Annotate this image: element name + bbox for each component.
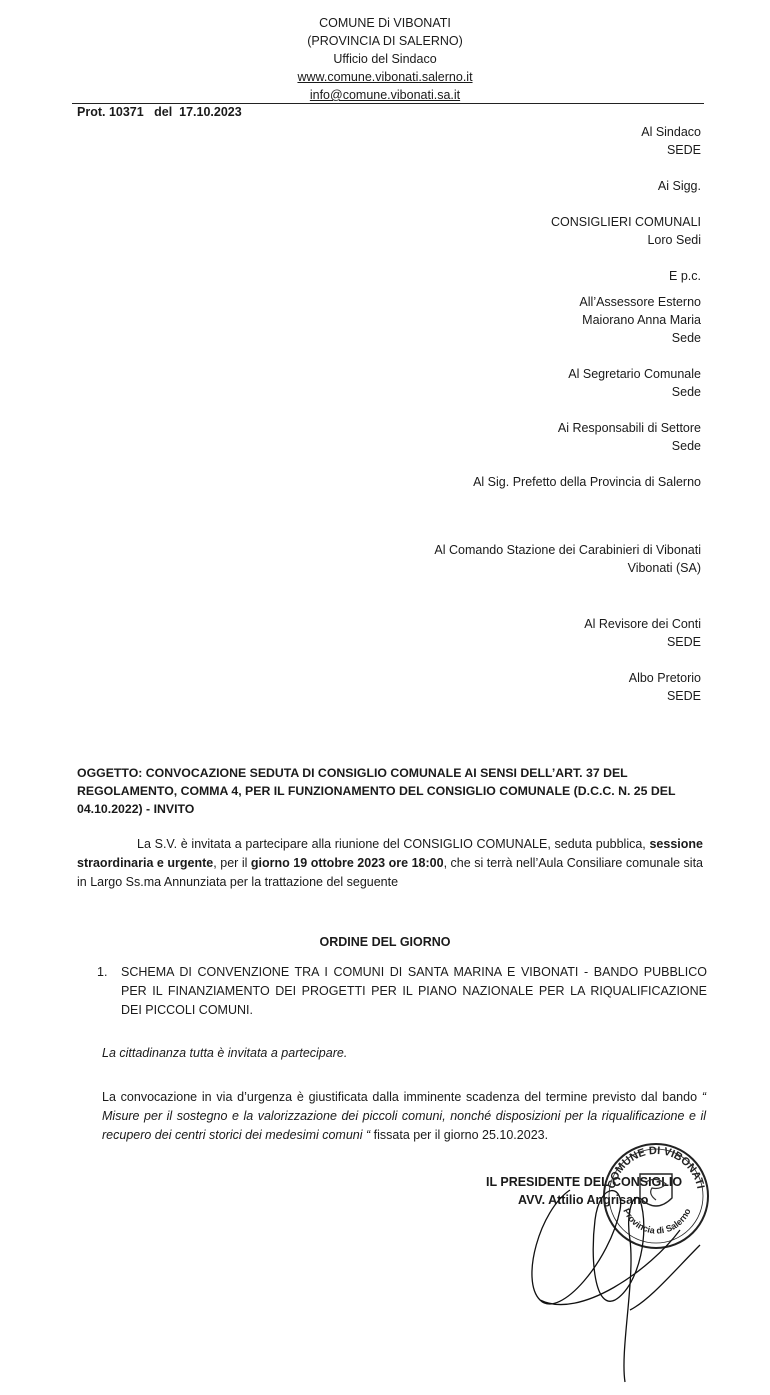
recipient-block: All’Assessore EsternoMaiorano Anna Maria… xyxy=(434,293,701,347)
public-invite-note: La cittadinanza tutta è invitata a parte… xyxy=(102,1046,347,1060)
agenda-item: 1. SCHEMA DI CONVENZIONE TRA I COMUNI DI… xyxy=(97,963,707,1020)
recipient-block: Al Revisore dei ContiSEDE xyxy=(434,615,701,651)
recipient-line: All’Assessore Esterno xyxy=(434,293,701,311)
recipient-block: Ai Responsabili di SettoreSede xyxy=(434,419,701,455)
recipient-block: Albo PretorioSEDE xyxy=(434,669,701,705)
body-text: La convocazione in via d’urgenza è giust… xyxy=(102,1090,702,1104)
convocation-paragraph: La S.V. è invitata a partecipare alla ri… xyxy=(77,835,703,892)
recipients-list: Al SindacoSEDEAi Sigg.CONSIGLIERI COMUNA… xyxy=(434,123,701,705)
municipality-name: COMUNE Di VIBONATI xyxy=(0,14,770,32)
recipient-line: Al Sindaco xyxy=(434,123,701,141)
recipient-line: Ai Sigg. xyxy=(434,177,701,195)
body-text: La S.V. è invitata a partecipare alla ri… xyxy=(137,837,649,851)
province-name: (PROVINCIA DI SALERNO) xyxy=(0,32,770,50)
office-name: Ufficio del Sindaco xyxy=(0,50,770,68)
recipient-line: CONSIGLIERI COMUNALI xyxy=(434,213,701,231)
recipient-line: Al Revisore dei Conti xyxy=(434,615,701,633)
recipient-line: E p.c. xyxy=(434,267,701,285)
recipient-block: E p.c. xyxy=(434,267,701,285)
recipient-line: SEDE xyxy=(434,687,701,705)
recipient-line: Loro Sedi xyxy=(434,231,701,249)
urgency-paragraph: La convocazione in via d’urgenza è giust… xyxy=(102,1088,706,1145)
recipient-line: Sede xyxy=(434,329,701,347)
recipient-line: Al Segretario Comunale xyxy=(434,365,701,383)
recipient-line: Sede xyxy=(434,437,701,455)
agenda-item-number: 1. xyxy=(97,963,121,1020)
recipient-block: CONSIGLIERI COMUNALILoro Sedi xyxy=(434,213,701,249)
agenda-title: ORDINE DEL GIORNO xyxy=(0,935,770,949)
subject-line: OGGETTO: CONVOCAZIONE SEDUTA DI CONSIGLI… xyxy=(77,764,707,818)
agenda-item-text: SCHEMA DI CONVENZIONE TRA I COMUNI DI SA… xyxy=(121,963,707,1020)
recipient-line: Al Comando Stazione dei Carabinieri di V… xyxy=(434,541,701,559)
recipient-line: Al Sig. Prefetto della Provincia di Sale… xyxy=(434,473,701,491)
body-text: fissata per il giorno 25.10.2023. xyxy=(370,1128,548,1142)
recipient-line: Sede xyxy=(434,383,701,401)
recipient-line: Maiorano Anna Maria xyxy=(434,311,701,329)
recipient-block: Al Segretario ComunaleSede xyxy=(434,365,701,401)
recipient-line: Albo Pretorio xyxy=(434,669,701,687)
header-divider xyxy=(72,103,704,104)
recipient-block: Ai Sigg. xyxy=(434,177,701,195)
recipient-line: Vibonati (SA) xyxy=(434,559,701,577)
recipient-line: Ai Responsabili di Settore xyxy=(434,419,701,437)
recipient-block: Al Sig. Prefetto della Provincia di Sale… xyxy=(434,473,701,491)
meeting-datetime: giorno 19 ottobre 2023 ore 18:00 xyxy=(251,856,444,870)
website-link[interactable]: www.comune.vibonati.salerno.it xyxy=(297,70,472,84)
recipient-line: SEDE xyxy=(434,633,701,651)
email-link[interactable]: info@comune.vibonati.sa.it xyxy=(310,88,460,102)
handwritten-signature-icon xyxy=(500,1150,730,1390)
letterhead: COMUNE Di VIBONATI (PROVINCIA DI SALERNO… xyxy=(0,14,770,104)
protocol-number: Prot. 10371 del 17.10.2023 xyxy=(77,105,242,119)
recipient-block: Al Comando Stazione dei Carabinieri di V… xyxy=(434,541,701,577)
body-text: , per il xyxy=(213,856,251,870)
agenda-list: 1. SCHEMA DI CONVENZIONE TRA I COMUNI DI… xyxy=(97,963,707,1020)
recipient-line: SEDE xyxy=(434,141,701,159)
recipient-block: Al SindacoSEDE xyxy=(434,123,701,159)
